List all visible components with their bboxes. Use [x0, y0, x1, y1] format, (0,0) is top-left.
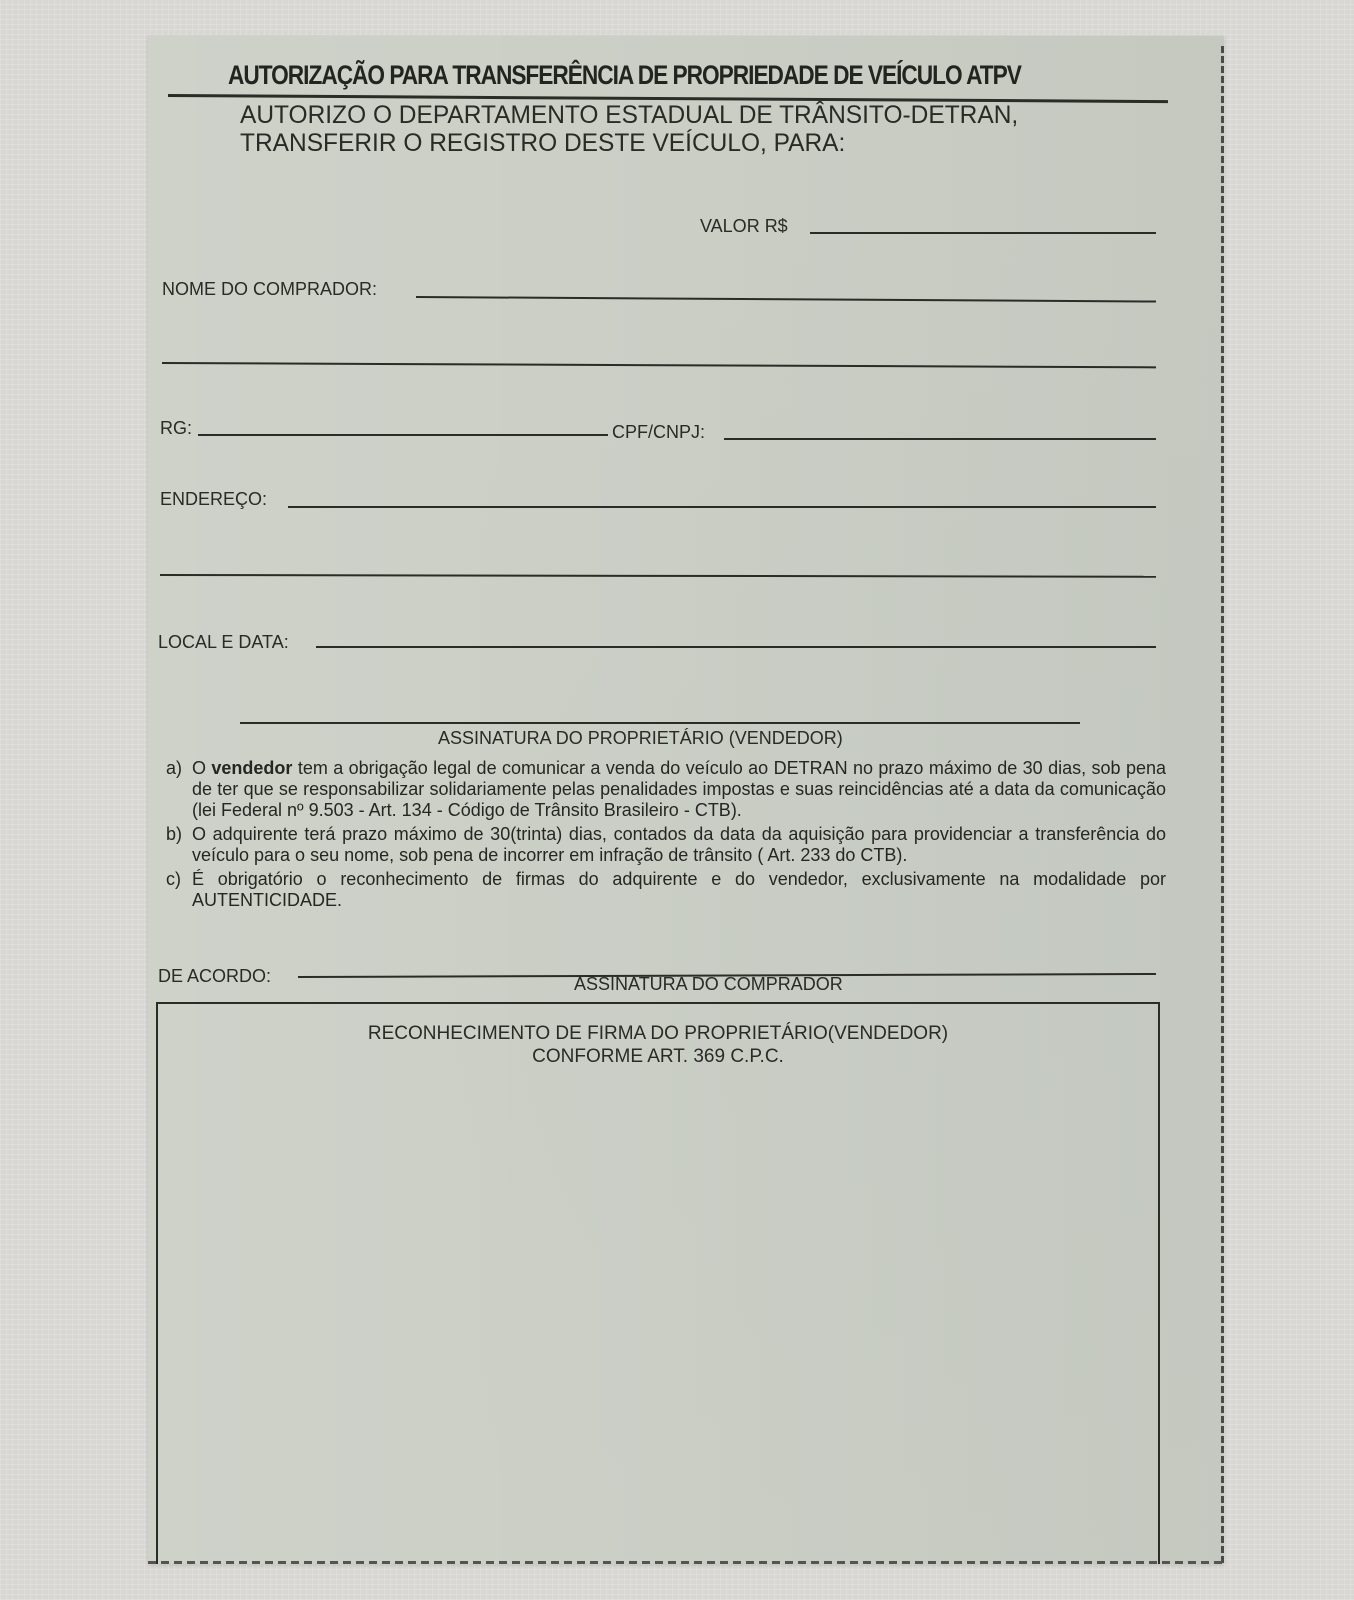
- rg-label: RG:: [160, 418, 192, 439]
- cpf-cnpj-field[interactable]: [724, 438, 1156, 440]
- address-label: ENDEREÇO:: [160, 489, 267, 510]
- buyer-signature-caption: ASSINATURA DO COMPRADOR: [574, 974, 843, 995]
- rg-field[interactable]: [198, 434, 608, 436]
- place-date-label: LOCAL E DATA:: [158, 632, 289, 653]
- cpf-cnpj-label: CPF/CNPJ:: [612, 422, 705, 443]
- place-date-field[interactable]: [316, 646, 1156, 648]
- buyer-name-field-continued[interactable]: [162, 362, 1156, 368]
- note-a-emphasis: vendedor: [211, 758, 292, 778]
- address-field-continued[interactable]: [160, 574, 1156, 578]
- valor-field[interactable]: [810, 232, 1156, 234]
- agreement-label: DE ACORDO:: [158, 966, 271, 987]
- note-c: c)É obrigatório o reconhecimento de firm…: [166, 869, 1166, 911]
- authorization-line-2: TRANSFERIR O REGISTRO DESTE VEÍCULO, PAR…: [240, 129, 1018, 157]
- perforation-right: [1221, 46, 1224, 1564]
- form-title: AUTORIZAÇÃO PARA TRANSFERÊNCIA DE PROPRI…: [228, 60, 1021, 91]
- note-a: a)O vendedor tem a obrigação legal de co…: [166, 758, 1166, 821]
- authorization-line-1: AUTORIZO O DEPARTAMENTO ESTADUAL DE TRÂN…: [240, 101, 1018, 129]
- notary-box-title: RECONHECIMENTO DE FIRMA DO PROPRIETÁRIO(…: [158, 1022, 1158, 1068]
- authorization-text: AUTORIZO O DEPARTAMENTO ESTADUAL DE TRÂN…: [240, 101, 1018, 157]
- address-field[interactable]: [288, 506, 1156, 508]
- seller-signature-caption: ASSINATURA DO PROPRIETÁRIO (VENDEDOR): [438, 728, 843, 749]
- buyer-name-field[interactable]: [416, 296, 1156, 303]
- legal-notes: a)O vendedor tem a obrigação legal de co…: [166, 758, 1166, 914]
- seller-signature-line[interactable]: [240, 722, 1080, 724]
- atpv-form: AUTORIZAÇÃO PARA TRANSFERÊNCIA DE PROPRI…: [148, 36, 1224, 1564]
- note-b: b)O adquirente terá prazo máximo de 30(t…: [166, 824, 1166, 866]
- valor-label: VALOR R$: [700, 216, 788, 237]
- buyer-name-label: NOME DO COMPRADOR:: [162, 279, 377, 300]
- notary-recognition-box: RECONHECIMENTO DE FIRMA DO PROPRIETÁRIO(…: [156, 1002, 1160, 1564]
